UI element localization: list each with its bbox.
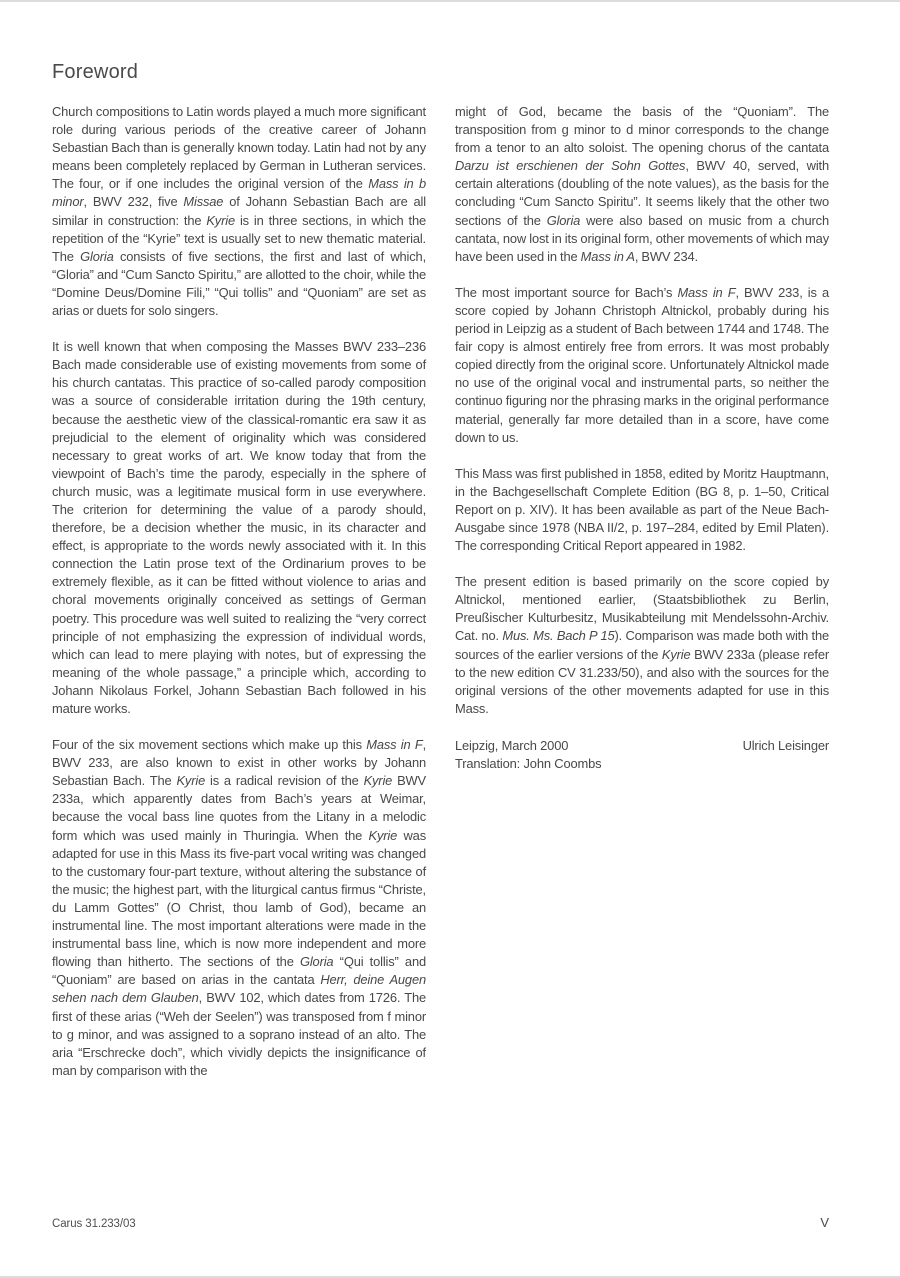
signature-translation: Translation: John Coombs — [455, 755, 829, 773]
page-number: V — [820, 1215, 829, 1230]
paragraph: The present edition is based primarily o… — [455, 573, 829, 718]
signature-block: Leipzig, March 2000 Ulrich Leisinger Tra… — [455, 737, 829, 773]
paragraph: It is well known that when composing the… — [52, 338, 426, 718]
page-footer: Carus 31.233/03 V — [52, 1215, 829, 1230]
paragraph: This Mass was first published in 1858, e… — [455, 465, 829, 555]
left-column-paragraphs: Church compositions to Latin words playe… — [52, 103, 426, 1080]
paragraph: The most important source for Bach’s Mas… — [455, 284, 829, 447]
page-title: Foreword — [52, 60, 829, 84]
right-column: might of God, became the basis of the “Q… — [455, 103, 829, 1080]
left-column: Church compositions to Latin words playe… — [52, 103, 426, 1080]
paragraph: Four of the six movement sections which … — [52, 736, 426, 1080]
page-content: Foreword Church compositions to Latin wo… — [52, 60, 829, 1080]
paragraph: Church compositions to Latin words playe… — [52, 103, 426, 320]
signature-place-date: Leipzig, March 2000 — [455, 737, 568, 755]
signature-author: Ulrich Leisinger — [743, 737, 829, 755]
signature-row: Leipzig, March 2000 Ulrich Leisinger — [455, 737, 829, 755]
foreword-page: Foreword Church compositions to Latin wo… — [0, 0, 900, 1278]
right-column-paragraphs: might of God, became the basis of the “Q… — [455, 103, 829, 718]
paragraph: might of God, became the basis of the “Q… — [455, 103, 829, 266]
two-column-text: Church compositions to Latin words playe… — [52, 103, 829, 1080]
edition-number: Carus 31.233/03 — [52, 1218, 136, 1230]
scan-edge-top — [0, 0, 900, 2]
